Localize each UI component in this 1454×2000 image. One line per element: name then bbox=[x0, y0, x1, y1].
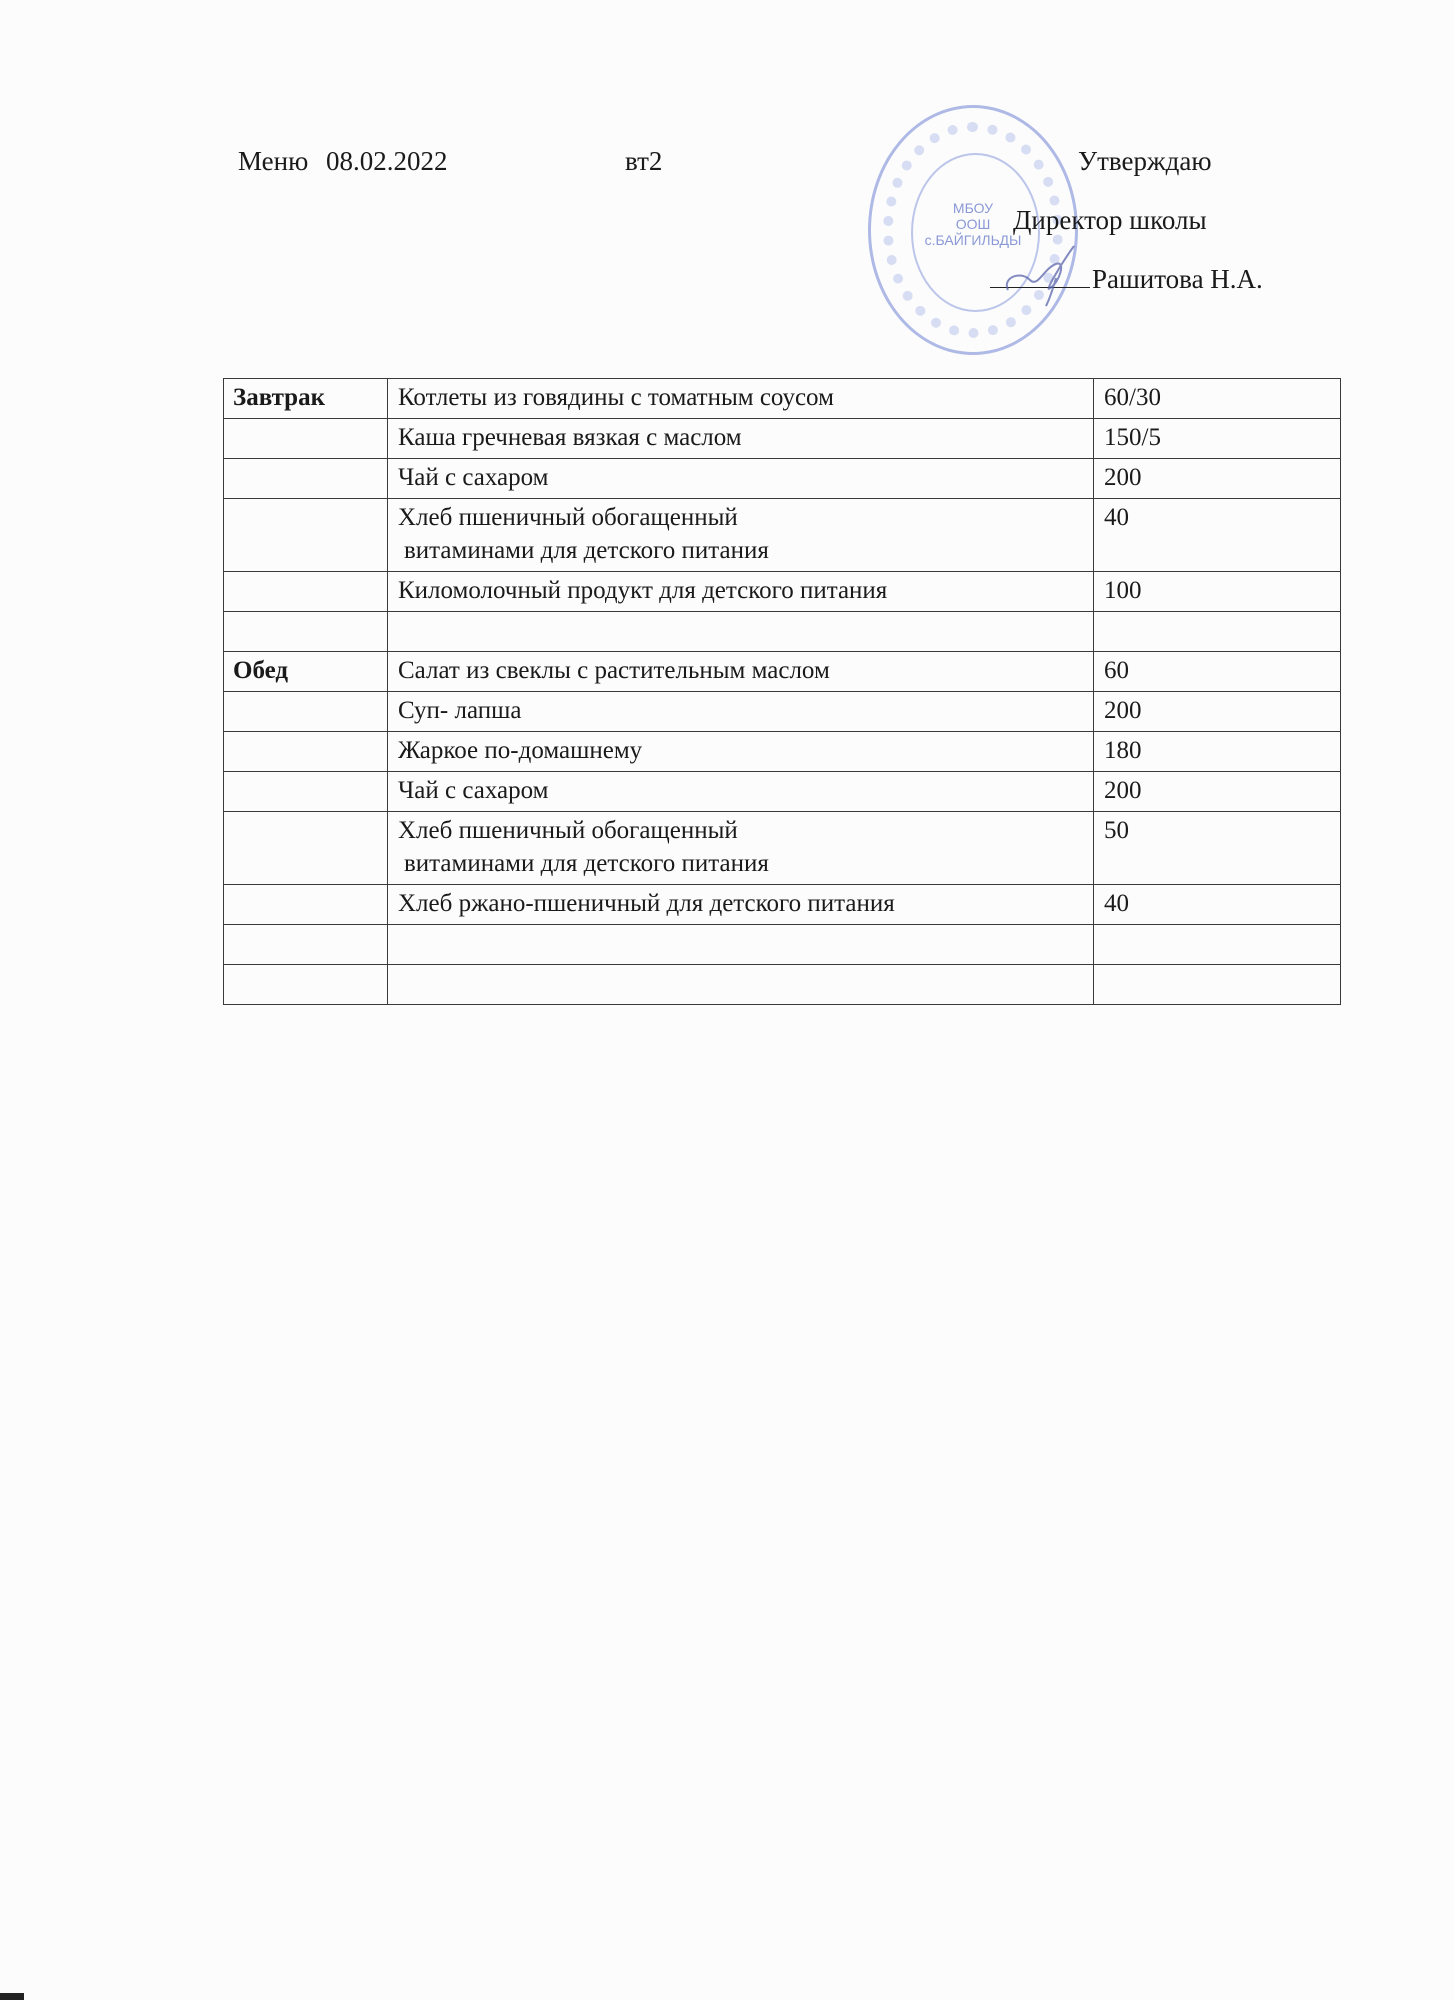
dish-cell: Хлеб ржано-пшеничный для детского питани… bbox=[388, 885, 1094, 925]
portion-cell bbox=[1094, 925, 1341, 965]
dish-name-line: Чай с сахаром bbox=[398, 464, 548, 491]
dish-cell: Чай с сахаром bbox=[388, 459, 1094, 499]
dish-cell: Хлеб пшеничный обогащенныйвитаминами для… bbox=[388, 499, 1094, 572]
approve-label: Утверждаю bbox=[1078, 146, 1212, 177]
meal-cell bbox=[224, 885, 388, 925]
meal-cell bbox=[224, 572, 388, 612]
dish-cell: Салат из свеклы с растительным маслом bbox=[388, 652, 1094, 692]
table-row: ОбедСалат из свеклы с растительным масло… bbox=[224, 652, 1341, 692]
portion-cell: 60/30 bbox=[1094, 379, 1341, 419]
table-row: Чай с сахаром200 bbox=[224, 772, 1341, 812]
portion-cell: 200 bbox=[1094, 459, 1341, 499]
director-name: Рашитова Н.А. bbox=[1092, 264, 1263, 294]
dish-cell: Котлеты из говядины с томатным соусом bbox=[388, 379, 1094, 419]
dish-name-line: Хлеб пшеничный обогащенный bbox=[398, 817, 738, 844]
portion-cell: 40 bbox=[1094, 885, 1341, 925]
table-row: Хлеб пшеничный обогащенныйвитаминами для… bbox=[224, 499, 1341, 572]
meal-cell bbox=[224, 965, 388, 1005]
dish-cell bbox=[388, 965, 1094, 1005]
table-row: Каша гречневая вязкая с маслом150/5 bbox=[224, 419, 1341, 459]
dish-cell bbox=[388, 612, 1094, 652]
dish-name-line: Чай с сахаром bbox=[398, 777, 548, 804]
dish-cell: Каша гречневая вязкая с маслом bbox=[388, 419, 1094, 459]
portion-cell: 180 bbox=[1094, 732, 1341, 772]
meal-cell bbox=[224, 772, 388, 812]
dish-cell: Киломолочный продукт для детского питани… bbox=[388, 572, 1094, 612]
dish-name-line: Киломолочный продукт для детского питани… bbox=[398, 577, 887, 604]
meal-cell bbox=[224, 499, 388, 572]
menu-date: 08.02.2022 bbox=[326, 146, 448, 177]
dish-name-line: Каша гречневая вязкая с маслом bbox=[398, 424, 742, 451]
meal-cell bbox=[224, 419, 388, 459]
meal-cell bbox=[224, 459, 388, 499]
table-row: Чай с сахаром200 bbox=[224, 459, 1341, 499]
dish-cell: Жаркое по-домашнему bbox=[388, 732, 1094, 772]
table-row bbox=[224, 612, 1341, 652]
table-row: Хлеб ржано-пшеничный для детского питани… bbox=[224, 885, 1341, 925]
meal-cell bbox=[224, 925, 388, 965]
portion-cell bbox=[1094, 612, 1341, 652]
portion-cell: 50 bbox=[1094, 812, 1341, 885]
dish-cell: Хлеб пшеничный обогащенныйвитаминами для… bbox=[388, 812, 1094, 885]
dish-name-line: Котлеты из говядины с томатным соусом bbox=[398, 384, 834, 411]
director-position: Директор школы bbox=[1013, 205, 1207, 236]
signature-icon bbox=[1000, 238, 1095, 308]
portion-cell: 60 bbox=[1094, 652, 1341, 692]
table-row bbox=[224, 925, 1341, 965]
dish-cell: Чай с сахаром bbox=[388, 772, 1094, 812]
meal-cell: Завтрак bbox=[224, 379, 388, 419]
table-row: Жаркое по-домашнему180 bbox=[224, 732, 1341, 772]
table-row bbox=[224, 965, 1341, 1005]
dish-cell: Суп- лапша bbox=[388, 692, 1094, 732]
dish-name-line: витаминами для детского питания bbox=[398, 847, 1083, 880]
meal-cell bbox=[224, 732, 388, 772]
meal-cell bbox=[224, 612, 388, 652]
menu-table: ЗавтракКотлеты из говядины с томатным со… bbox=[223, 378, 1341, 1005]
portion-cell bbox=[1094, 965, 1341, 1005]
meal-cell bbox=[224, 812, 388, 885]
table-row: ЗавтракКотлеты из говядины с томатным со… bbox=[224, 379, 1341, 419]
meal-cell: Обед bbox=[224, 652, 388, 692]
dish-name-line: Хлеб пшеничный обогащенный bbox=[398, 504, 738, 531]
dish-name-line: Суп- лапша bbox=[398, 697, 521, 724]
table-row: Суп- лапша200 bbox=[224, 692, 1341, 732]
portion-cell: 200 bbox=[1094, 692, 1341, 732]
dish-name-line: Жаркое по-домашнему bbox=[398, 737, 642, 764]
dish-cell bbox=[388, 925, 1094, 965]
meal-cell bbox=[224, 692, 388, 732]
portion-cell: 200 bbox=[1094, 772, 1341, 812]
portion-cell: 100 bbox=[1094, 572, 1341, 612]
menu-day-code: вт2 bbox=[625, 146, 662, 177]
table-row: Киломолочный продукт для детского питани… bbox=[224, 572, 1341, 612]
table-row: Хлеб пшеничный обогащенныйвитаминами для… bbox=[224, 812, 1341, 885]
portion-cell: 40 bbox=[1094, 499, 1341, 572]
dish-name-line: витаминами для детского питания bbox=[398, 534, 1083, 567]
scan-edge-mark bbox=[0, 1993, 24, 2000]
dish-name-line: Салат из свеклы с растительным маслом bbox=[398, 657, 830, 684]
dish-name-line: Хлеб ржано-пшеничный для детского питани… bbox=[398, 890, 895, 917]
menu-label: Меню bbox=[238, 146, 308, 177]
portion-cell: 150/5 bbox=[1094, 419, 1341, 459]
